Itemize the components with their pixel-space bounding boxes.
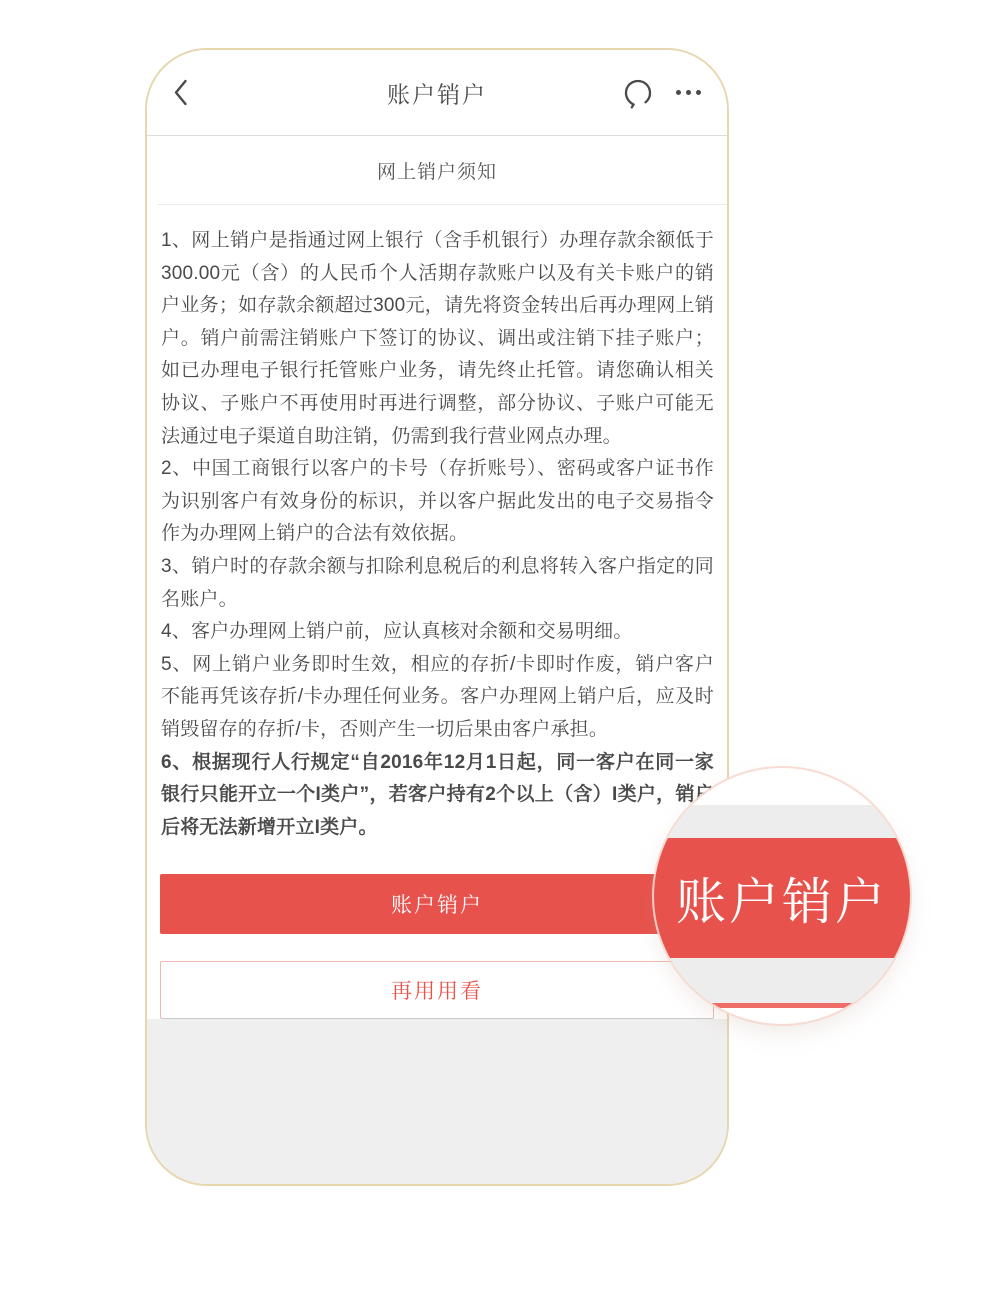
notice-item: 4、客户办理网上销户前，应认真核对余额和交易明细。: [161, 616, 714, 649]
keep-using-button[interactable]: 再用用看: [160, 961, 714, 1019]
notice-item: 3、销户时的存款余额与扣除利息税后的利息将转入客户指定的同名账户。: [161, 551, 714, 616]
app-header: 账户销户: [147, 50, 727, 136]
back-button[interactable]: [173, 79, 188, 106]
notice-body: 1、网上销户是指通过网上银行（含手机银行）办理存款余额低于300.00元（含）的…: [147, 205, 727, 844]
notice-item: 5、网上销户业务即时生效，相应的存折/卡即时作废，销户客户不能再凭该存折/卡办理…: [161, 649, 714, 747]
page-title: 账户销户: [387, 76, 487, 109]
magnifier-gray-band-bottom: [654, 958, 910, 1003]
notice-item: 2、中国工商银行以客户的卡号（存折账号）、密码或客户证书作为识别客户有效身份的标…: [161, 453, 714, 551]
refresh-icon: [622, 77, 654, 109]
more-menu-button[interactable]: [676, 90, 701, 95]
close-account-button[interactable]: 账户销户: [160, 874, 714, 934]
notice-item: 6、根据现行人行规定“自2016年12月1日起，同一客户在同一家银行只能开立一个…: [161, 747, 714, 845]
magnifier-circle: 账户销户: [654, 768, 910, 1024]
phone-footer-area: [147, 1019, 727, 1184]
magnifier-button-border-line: [654, 1003, 910, 1008]
header-actions: [622, 77, 701, 109]
notice-title: 网上销户须知: [147, 136, 727, 205]
magnifier-label: 账户销户: [676, 862, 888, 934]
magnifier-gray-band-top: [654, 805, 910, 838]
ellipsis-icon: [676, 90, 701, 95]
magnifier-close-account-button: 账户销户: [654, 838, 910, 958]
phone-frame: 账户销户 网上销户须知 1、网上销户是指通过网上银行（含手机银行）办理: [145, 48, 729, 1186]
notice-item: 1、网上销户是指通过网上银行（含手机银行）办理存款余额低于300.00元（含）的…: [161, 225, 714, 453]
chevron-left-icon: [173, 79, 188, 106]
page-background: 账户销户 网上销户须知 1、网上销户是指通过网上银行（含手机银行）办理: [0, 0, 981, 1308]
refresh-button[interactable]: [622, 77, 654, 109]
